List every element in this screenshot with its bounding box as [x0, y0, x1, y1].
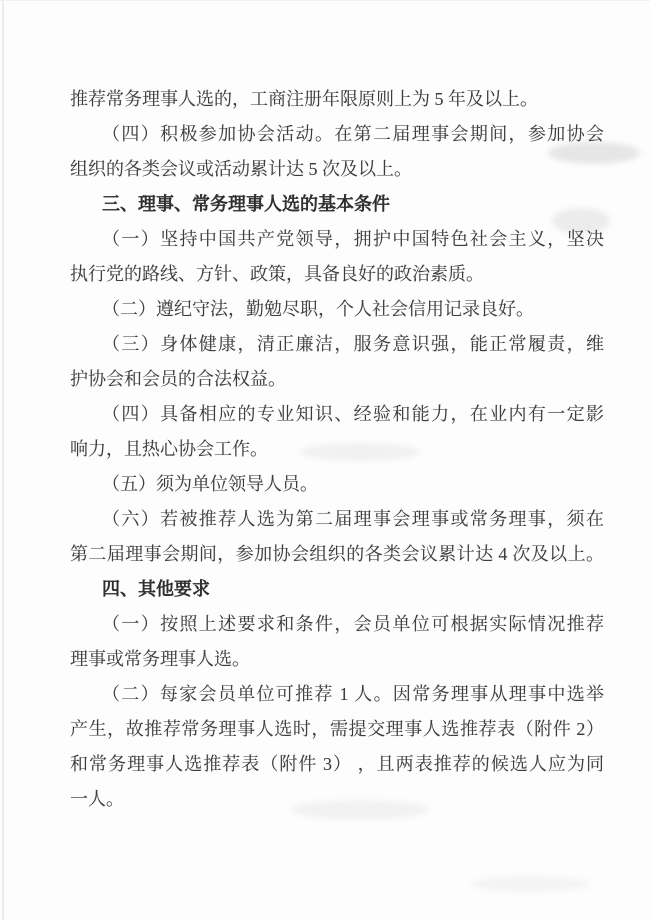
text-line: 第二届理事会期间，参加协会组织的各类会议累计达 4 次及以上。	[70, 537, 604, 572]
text-line: （四）具备相应的专业知识、经验和能力，在业内有一定影	[70, 397, 604, 432]
text-line: 理事或常务理事人选。	[70, 642, 604, 677]
text-line: 护协会和会员的合法权益。	[70, 362, 604, 397]
text-line: 响力，且热心协会工作。	[70, 432, 604, 467]
text-line: 组织的各类会议或活动累计达 5 次及以上。	[70, 152, 604, 187]
text-line: （二）遵纪守法，勤勉尽职，个人社会信用记录良好。	[70, 292, 604, 327]
text-line: （三）身体健康，清正廉洁，服务意识强，能正常履责，维	[70, 327, 604, 362]
text-line: 产生，故推荐常务理事人选时，需提交理事人选推荐表（附件 2）	[70, 712, 604, 747]
text-line: （四）积极参加协会活动。在第二届理事会期间，参加协会	[70, 117, 604, 152]
scanned-document-page: 推荐常务理事人选的，工商注册年限原则上为 5 年及以上。（四）积极参加协会活动。…	[0, 0, 650, 920]
scan-edge-shadow-left	[2, 0, 4, 920]
section-heading: 三、理事、常务理事人选的基本条件	[70, 187, 604, 222]
scan-edge-shadow-top	[0, 0, 650, 1]
text-line: 和常务理事人选推荐表（附件 3） ，且两表推荐的候选人应为同	[70, 747, 604, 782]
text-line: 执行党的路线、方针、政策，具备良好的政治素质。	[70, 257, 604, 292]
text-line: （五）须为单位领导人员。	[70, 467, 604, 502]
text-line: （六）若被推荐人选为第二届理事会理事或常务理事，须在	[70, 502, 604, 537]
text-line: （一）坚持中国共产党领导，拥护中国特色社会主义，坚决	[70, 222, 604, 257]
section-heading: 四、其他要求	[70, 572, 604, 607]
text-line: （二）每家会员单位可推荐 1 人。因常务理事从理事中选举	[70, 677, 604, 712]
text-line: 推荐常务理事人选的，工商注册年限原则上为 5 年及以上。	[70, 82, 604, 117]
document-text-block: 推荐常务理事人选的，工商注册年限原则上为 5 年及以上。（四）积极参加协会活动。…	[70, 82, 604, 817]
text-line: （一）按照上述要求和条件，会员单位可根据实际情况推荐	[70, 607, 604, 642]
scan-artifact	[470, 876, 590, 892]
text-line: 一人。	[70, 782, 604, 817]
